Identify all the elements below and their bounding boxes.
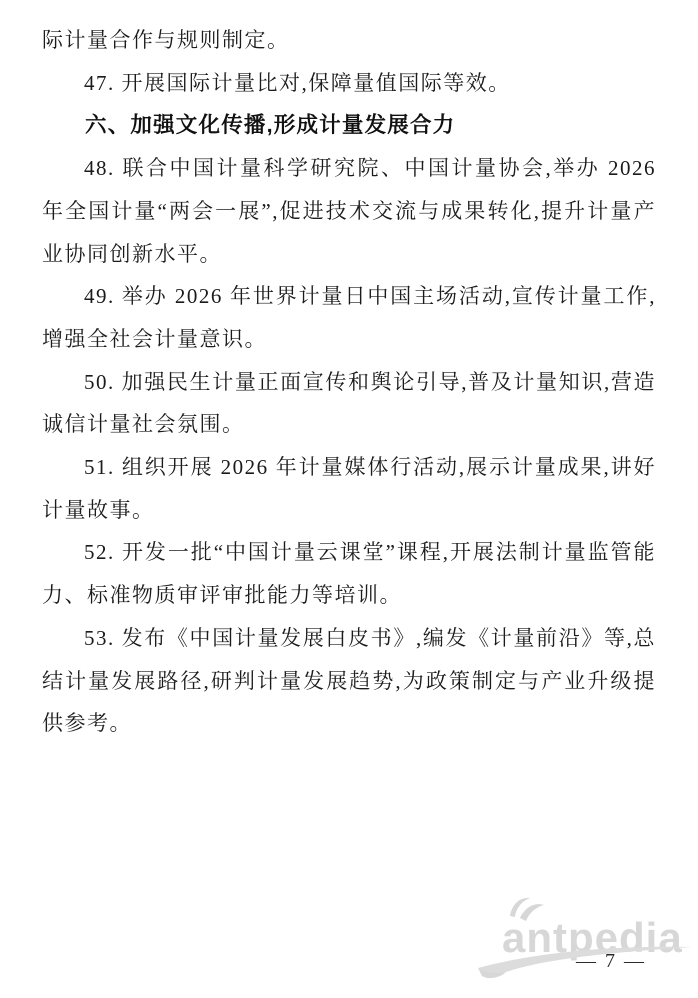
paragraph-item-47: 47. 开展国际计量比对,保障量值国际等效。	[42, 62, 656, 105]
document-page: 际计量合作与规则制定。 47. 开展国际计量比对,保障量值国际等效。 六、加强文…	[0, 0, 698, 998]
paragraph-item-51: 51. 组织开展 2026 年计量媒体行活动,展示计量成果,讲好计量故事。	[42, 446, 656, 531]
document-body: 际计量合作与规则制定。 47. 开展国际计量比对,保障量值国际等效。 六、加强文…	[42, 19, 656, 745]
paragraph-item-50: 50. 加强民生计量正面宣传和舆论引导,普及计量知识,营造诚信计量社会氛围。	[42, 361, 656, 446]
paragraph-item-52: 52. 开发一批“中国计量云课堂”课程,开展法制计量监管能力、标准物质审评审批能…	[42, 531, 656, 616]
paragraph-item-48: 48. 联合中国计量科学研究院、中国计量协会,举办 2026 年全国计量“两会一…	[42, 147, 656, 275]
page-number: — 7 —	[566, 950, 656, 973]
paragraph-item-49: 49. 举办 2026 年世界计量日中国主场活动,宣传计量工作,增强全社会计量意…	[42, 275, 656, 360]
paragraph-continuation: 际计量合作与规则制定。	[42, 19, 656, 62]
paragraph-item-53: 53. 发布《中国计量发展白皮书》,编发《计量前沿》等,总结计量发展路径,研判计…	[42, 617, 656, 745]
section-heading-six: 六、加强文化传播,形成计量发展合力	[42, 104, 656, 147]
